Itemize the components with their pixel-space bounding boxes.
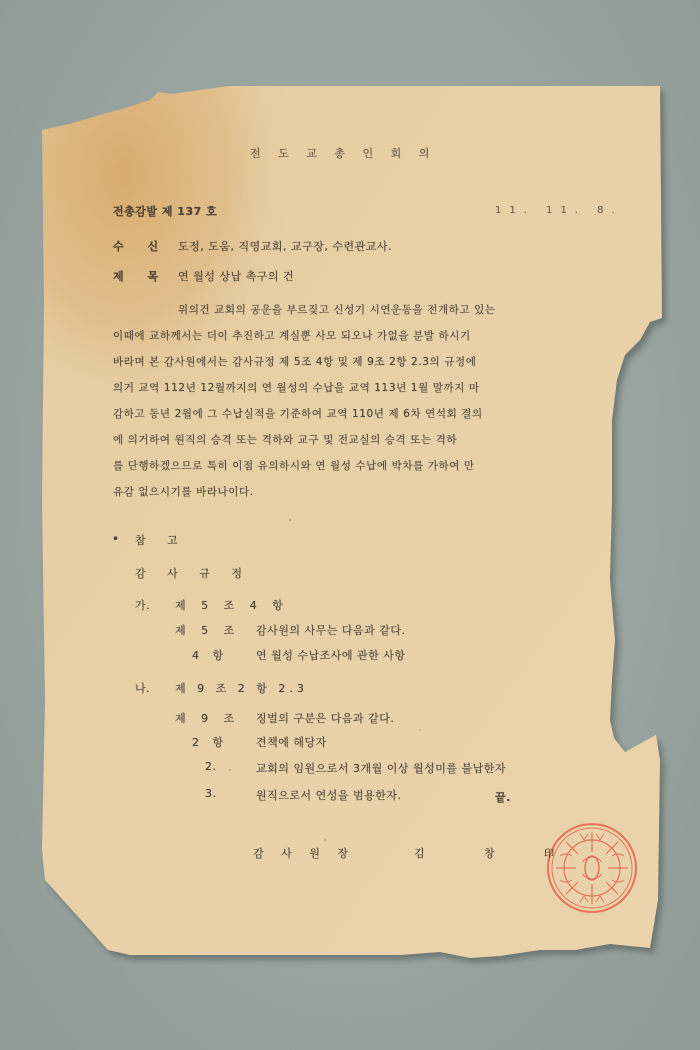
item-ga-label: 가. bbox=[135, 597, 150, 613]
subitem-2-label: 2. bbox=[205, 760, 217, 773]
subitem-3-text: 원직으로서 연성을 범용한자. bbox=[256, 787, 402, 803]
body-line: 감하고 동년 2월에 그 수납실적을 기준하여 교역 110년 제 6차 연석회… bbox=[113, 406, 483, 421]
recipient-value: 도정, 도움, 직영교회, 교구장, 수련관교사. bbox=[178, 238, 392, 254]
article5-paragraph4-label: 4 항 bbox=[192, 647, 228, 663]
article5-paragraph4-text: 연 월성 수납조사에 관한 사항 bbox=[256, 647, 406, 663]
article9-text: 징벌의 구분은 다음과 같다. bbox=[256, 710, 394, 726]
article5-text: 감사원의 사무는 다음과 같다. bbox=[256, 622, 406, 638]
body-line: 에 의거하여 원직의 승격 또는 격하와 교구 및 전교실의 승격 또는 격하 bbox=[113, 432, 457, 447]
subject-label: 제 목 bbox=[113, 268, 168, 284]
item-ga-value: 제 5 조 4 항 bbox=[175, 597, 289, 613]
item-na-label: 나. bbox=[135, 680, 150, 696]
reference-bullet: • bbox=[112, 532, 120, 546]
end-mark: 끝. bbox=[495, 789, 511, 805]
body-line: 바라며 본 감사원에서는 감사규정 제 5조 4항 및 제 9조 2항 2.3의… bbox=[113, 354, 476, 369]
document: 전 도 교 총 인 회 의 전총감발 제 137 호 11. 11. 8. 수 … bbox=[0, 0, 700, 1050]
article5-label: 제 5 조 bbox=[175, 622, 240, 638]
subitem-2-text: 교회의 임원으로서 3개월 이상 월성미를 불납한자 bbox=[256, 760, 506, 776]
reference-heading: 참 고 bbox=[135, 532, 187, 548]
body-line: 유감 없으시기를 바라나이다. bbox=[113, 484, 254, 499]
body-line: 이때에 교하께서는 더이 추진하고 계실뿐 사모 되오나 가없을 분발 하시기 bbox=[113, 328, 471, 343]
subitem-3-label: 3. bbox=[205, 787, 217, 800]
body-line: 를 단행하겠으므로 특히 이점 유의하시와 연 월성 수납에 박차를 가하여 만 bbox=[113, 458, 475, 473]
rule-name: 감 사 규 정 bbox=[135, 565, 251, 581]
item-na-value: 제 9 조 2 항 2.3 bbox=[175, 680, 308, 696]
document-date: 11. 11. 8. bbox=[495, 205, 623, 216]
letterhead: 전 도 교 총 인 회 의 bbox=[250, 145, 436, 161]
body-line: 의거 교역 112년 12월까지의 연 월성의 수납을 교역 113년 1월 말… bbox=[113, 380, 480, 395]
document-number: 전총감발 제 137 호 bbox=[113, 203, 217, 219]
body-line: 위의건 교회의 공운을 부르짖고 신성기 시연운동을 전개하고 있는 bbox=[178, 302, 496, 317]
recipient-label: 수 신 bbox=[113, 238, 168, 254]
subject-value: 연 월성 상납 촉구의 건 bbox=[178, 268, 294, 284]
signatory-title: 감 사 원 장 bbox=[253, 845, 355, 861]
article9-paragraph2-label: 2 항 bbox=[192, 734, 228, 750]
article9-label: 제 9 조 bbox=[175, 710, 240, 726]
signatory-name-last: 창 bbox=[484, 845, 495, 861]
seal-mark: 印 bbox=[544, 845, 555, 860]
signatory-name-first: 김 bbox=[414, 845, 425, 861]
article9-paragraph2-text: 견책에 해당자 bbox=[256, 734, 327, 750]
official-seal-stamp bbox=[546, 822, 638, 914]
